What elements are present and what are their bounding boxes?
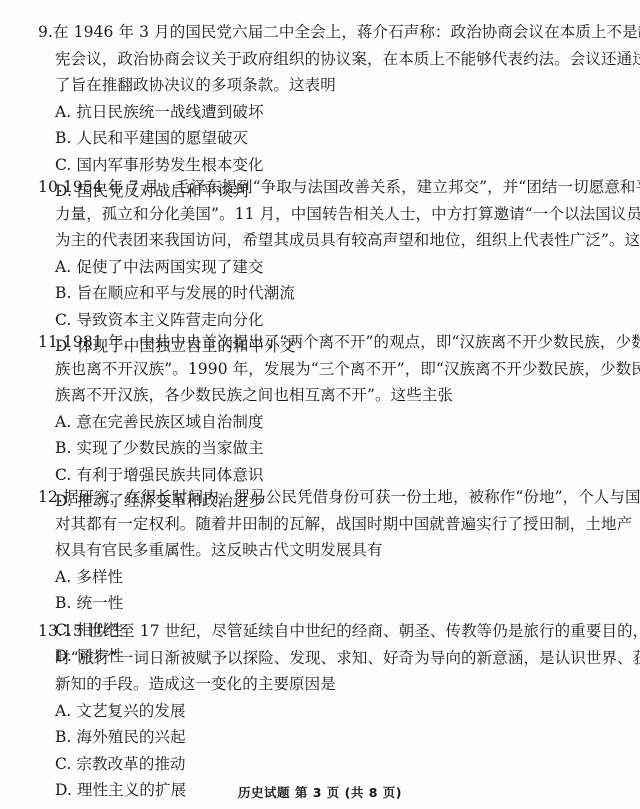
question-stem-line: 为主的代表团来我国访问，希望其成员具有较高声望和地位，组织上代表性广泛”。这 <box>38 227 598 254</box>
question-number: 12. <box>38 484 63 511</box>
option-a: A. 抗日民族统一战线遭到破坏 <box>38 99 598 126</box>
question-stem-line: 12.据研究，在很长时间内，罗马公民凭借身份可获一份土地，被称作“份地”，个人与… <box>38 484 598 511</box>
question-number: 9. <box>38 19 53 46</box>
exam-page: 9.在 1946 年 3 月的国民党六届二中全会上，蒋介石声称：政治协商会议在本… <box>0 0 640 809</box>
question-stem-line: 13.15 世纪至 17 世纪，尽管延续自中世纪的经商、朝圣、传教等仍是旅行的重… <box>38 618 598 645</box>
option-b: B. 统一性 <box>38 590 598 617</box>
option-c: C. 宗教改革的推动 <box>38 751 598 778</box>
question-stem-line: 对其都有一定权利。随着井田制的瓦解，战国时期中国就普遍实行了授田制，土地产 <box>38 511 598 538</box>
option-a: A. 文艺复兴的发展 <box>38 698 598 725</box>
question-stem-line: 了旨在推翻政协决议的多项条款。这表明 <box>38 72 598 99</box>
page-footer: 历史试题 第 3 页 (共 8 页) <box>0 783 640 801</box>
option-a: A. 多样性 <box>38 564 598 591</box>
question-stem-line: 力量，孤立和分化美国”。11 月，中国转告相关人士，中方打算邀请“一个以法国议员 <box>38 201 598 228</box>
question-stem-line: 宪会议，政治协商会议关于政府组织的协议案，在本质上不能够代表约法。会议还通过 <box>38 46 598 73</box>
question-stem-line: 11.1981 年，中共中央首次提出了“两个离不开”的观点，即“汉族离不开少数民… <box>38 329 598 356</box>
question-stem-line: 9.在 1946 年 3 月的国民党六届二中全会上，蒋介石声称：政治协商会议在本… <box>38 19 598 46</box>
option-a: A. 促使了中法两国实现了建交 <box>38 254 598 281</box>
option-a: A. 意在完善民族区域自治制度 <box>38 409 598 436</box>
question-stem-line: 族也离不开汉族”。1990 年，发展为“三个离不开”，即“汉族离不开少数民族，少… <box>38 356 598 383</box>
option-b: B. 海外殖民的兴起 <box>38 724 598 751</box>
question-stem-line: 族离不开汉族，各少数民族之间也相互离不开”。这些主张 <box>38 382 598 409</box>
question-number: 11. <box>38 329 63 356</box>
question-stem-line: 新知的手段。造成这一变化的主要原因是 <box>38 671 598 698</box>
question-number: 13. <box>38 618 63 645</box>
question-stem-line: 权具有官民多重属性。这反映古代文明发展具有 <box>38 537 598 564</box>
option-b: B. 实现了少数民族的当家做主 <box>38 435 598 462</box>
question-stem-line: 时“旅行”一词日渐被赋予以探险、发现、求知、好奇为导向的新意涵，是认识世界、获取 <box>38 645 598 672</box>
option-b: B. 人民和平建国的愿望破灭 <box>38 125 598 152</box>
question-stem-line: 10.1954 年 7 月，毛泽东提到“争取与法国改善关系，建立邦交”，并“团结… <box>38 174 598 201</box>
question-number: 10. <box>38 174 63 201</box>
question-13: 13.15 世纪至 17 世纪，尽管延续自中世纪的经商、朝圣、传教等仍是旅行的重… <box>38 618 598 804</box>
option-b: B. 旨在顺应和平与发展的时代潮流 <box>38 280 598 307</box>
